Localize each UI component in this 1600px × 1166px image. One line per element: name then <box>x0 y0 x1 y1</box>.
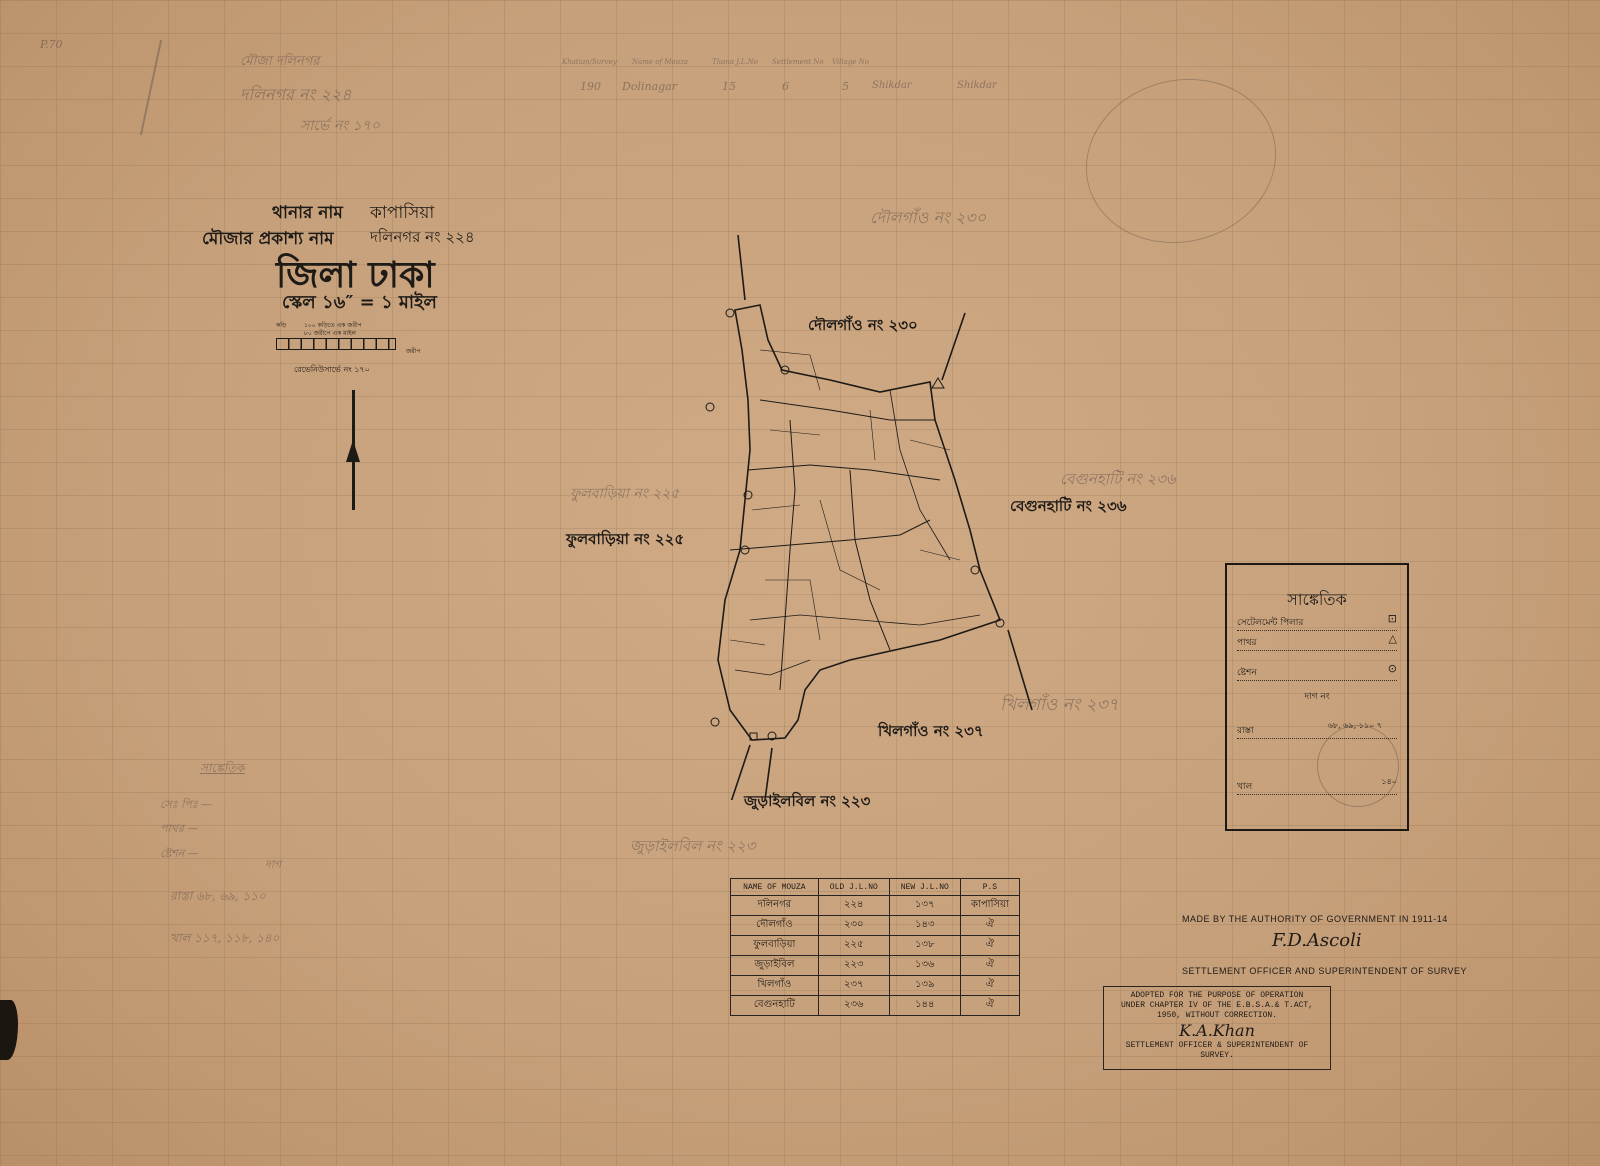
table-row: জুড়াইবিল২২৩১৩৬ঐ <box>731 956 1020 976</box>
legend-item-plot-no: দাগ নং <box>1227 689 1407 704</box>
neighbour-southeast: খিলগাঁও নং ২৩৭ <box>878 720 984 745</box>
pencil-note-north: দৌলগাঁও নং ২৩০ <box>870 205 986 232</box>
pencil-scribble <box>140 40 222 135</box>
neighbour-north: দৌলগাঁও নং ২৩০ <box>808 314 918 339</box>
signature-ascoli: F.D.Ascoli <box>1272 930 1362 951</box>
table-row: ফুলবাড়িয়া২২৫১৩৮ঐ <box>731 936 1020 956</box>
margin-note-legend: সাঙ্কেতিক <box>200 760 245 780</box>
pencil-circle <box>1317 725 1399 807</box>
pencil-note-south: জুড়াইলবিল নং ২২৩ <box>630 835 755 860</box>
adoption-stamp: ADOPTED FOR THE PURPOSE OF OPERATION UND… <box>1103 986 1331 1070</box>
margin-note-2: দলিনগর নং ২২৪ <box>240 82 352 109</box>
pencil-note-southeast: খিলগাঁও নং ২৩৭ <box>1000 692 1119 720</box>
neighbour-west: ফুলবাড়িয়া নং ২২৫ <box>566 528 684 553</box>
mouza-boundary-map <box>690 220 1050 800</box>
torn-edge <box>0 1000 18 1060</box>
margin-note-3: সার্ভে নং ১৭০ <box>300 114 380 138</box>
thana-value: কাপাসিয়া <box>370 200 434 228</box>
triangle-icon: △ <box>1389 632 1397 645</box>
scale-bar: কড়ি ১০০ কড়িতে এক জরীপ ৮০ জরীপে এক মাইল… <box>276 320 426 380</box>
made-by-authority: MADE BY THE AUTHORITY OF GOVERNMENT IN 1… <box>1182 914 1448 924</box>
pencil-note-east: বেগুনহাটি নং ২৩৬ <box>1060 468 1176 493</box>
margin-note-1: মৌজা দলিনগর <box>240 52 319 73</box>
legend-item-station: ষ্টেশন⊙ <box>1237 665 1397 681</box>
table-row: দৌলগাঁও২৩০১৪৩ঐ <box>731 916 1020 936</box>
scale-text: স্কেল ১৬″ = ১ মাইল <box>282 288 437 319</box>
sheet-reference: P.70 <box>40 38 63 51</box>
table-row: দলিনগর২২৪১৩৭কাপাসিয়া <box>731 896 1020 916</box>
register-header: Khatian/Survey Name of Mouza Thana J.L.N… <box>562 58 1032 100</box>
revenue-survey-no: রেভেনিউসার্ভে নং ১৭০ <box>294 364 370 377</box>
cadastral-map-sheet: P.70 মৌজা দলিনগর দলিনগর নং ২২৪ সার্ভে নং… <box>0 0 1600 1166</box>
pencil-note-west: ফুলবাড়িয়া নং ২২৫ <box>570 482 679 506</box>
table-row: খিলগাঁও২৩৭১৩৯ঐ <box>731 976 1020 996</box>
neighbour-south: জুড়াইলবিল নং ২২৩ <box>744 790 870 815</box>
thana-label: থানার নাম <box>272 200 343 228</box>
legend-title: সাঙ্কেতিক <box>1227 587 1407 614</box>
settlement-officer-title: SETTLEMENT OFFICER AND SUPERINTENDENT OF… <box>1182 966 1467 976</box>
legend-item-stone: পাথর△ <box>1237 635 1397 651</box>
pencil-circle <box>1067 58 1294 264</box>
signature-khan: K.A.Khan <box>1104 1021 1330 1041</box>
station-icon: ⊙ <box>1388 662 1397 675</box>
neighbour-east: বেগুনহাটি নং ২৩৬ <box>1010 495 1127 520</box>
legend-item-settlement-pillar: সেটেলমেন্ট পিলার⊡ <box>1237 615 1397 631</box>
table-row: বেগুনহাটি২৩৬১৪৪ঐ <box>731 996 1020 1016</box>
mouza-table: NAME OF MOUZA OLD J.L.NO NEW J.L.NO P.S … <box>730 878 1020 1016</box>
legend-box: সাঙ্কেতিক সেটেলমেন্ট পিলার⊡ পাথর△ ষ্টেশন… <box>1225 563 1409 831</box>
pillar-icon: ⊡ <box>1388 612 1397 625</box>
